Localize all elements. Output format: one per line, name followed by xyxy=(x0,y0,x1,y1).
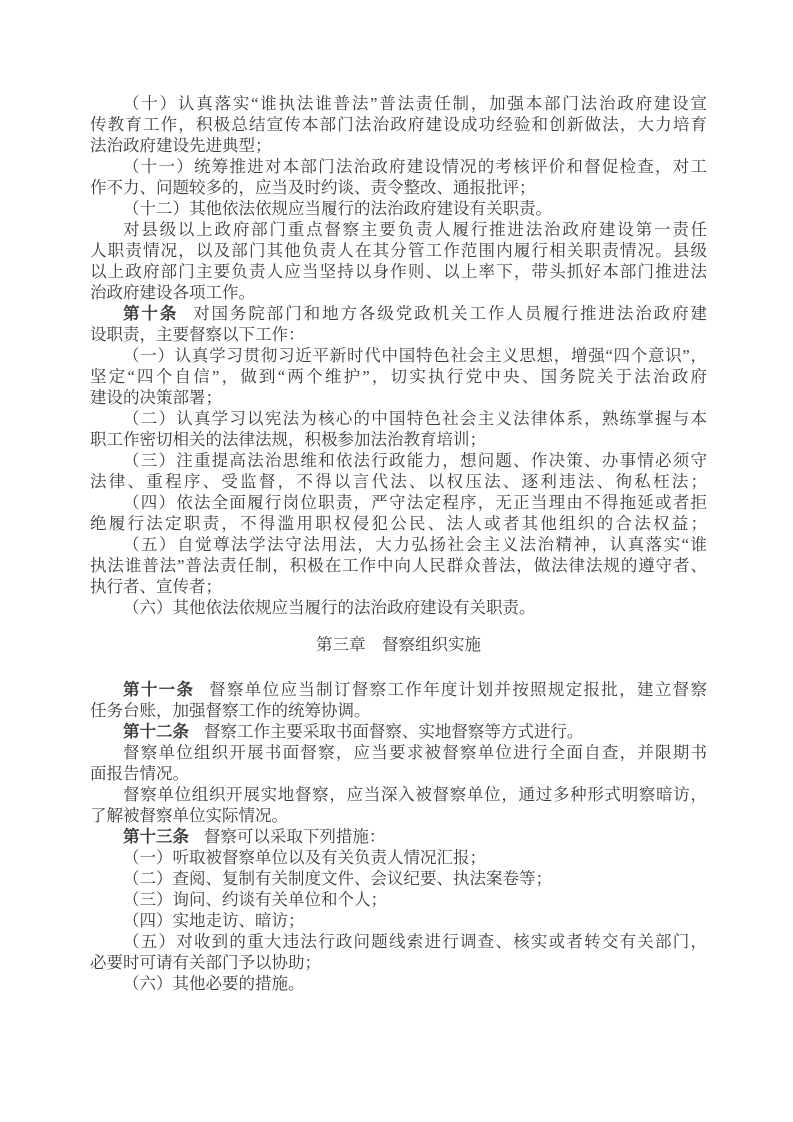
document-page: （十）认真落实“谁执法谁普法”普法责任制，加强本部门法治政府建设宣 传教育工作，… xyxy=(0,0,793,1122)
article-line: 第十条对国务院部门和地方各级党政机关工作人员履行推进法治政府建 xyxy=(90,303,707,324)
article-number: 第十一条 xyxy=(123,680,194,699)
text-line: 面报告情况。 xyxy=(90,763,707,784)
text-line: 法治政府建设先进典型； xyxy=(90,135,707,156)
article-text: 督察单位应当制订督察工作年度计划并按照规定报批，建立督察 xyxy=(209,680,707,699)
article-line: 第十二条督察工作主要采取书面督察、实地督察等方式进行。 xyxy=(90,721,707,742)
text-line: （三）询问、约谈有关单位和个人； xyxy=(90,889,707,910)
text-line: （六）其他依法依规应当履行的法治政府建设有关职责。 xyxy=(90,597,707,618)
text-line: 督察单位组织开展书面督察，应当要求被督察单位进行全面自查，并限期书 xyxy=(90,742,707,763)
article-line: 第十三条督察可以采取下列措施： xyxy=(90,826,707,847)
text-line: 督察单位组织开展实地督察，应当深入被督察单位，通过多种形式明察暗访， xyxy=(90,784,707,805)
text-line: 坚定“四个自信”，做到“两个维护”，切实执行党中央、国务院关于法治政府 xyxy=(90,366,707,387)
text-line: （五）自觉尊法学法守法用法，大力弘扬社会主义法治精神，认真落实“谁 xyxy=(90,534,707,555)
text-line: （二）查阅、复制有关制度文件、会议纪要、执法案卷等； xyxy=(90,868,707,889)
text-line: （十一）统筹推进对本部门法治政府建设情况的考核评价和督促检查，对工 xyxy=(90,156,707,177)
text-line: 以上政府部门主要负责人应当坚持以身作则、以上率下，带头抓好本部门推进法 xyxy=(90,261,707,282)
text-line: （四）实地走访、暗访； xyxy=(90,910,707,931)
text-line: （十二）其他依法依规应当履行的法治政府建设有关职责。 xyxy=(90,198,707,219)
text-line: 传教育工作，积极总结宣传本部门法治政府建设成功经验和创新做法，大力培育 xyxy=(90,114,707,135)
text-line: （一）认真学习贯彻习近平新时代中国特色社会主义思想，增强“四个意识”， xyxy=(90,345,707,366)
text-line: 法律、重程序、受监督，不得以言代法、以权压法、逐利违法、徇私枉法； xyxy=(90,471,707,492)
text-line: （四）依法全面履行岗位职责，严守法定程序，无正当理由不得拖延或者拒 xyxy=(90,492,707,513)
text-line: （五）对收到的重大违法行政问题线索进行调查、核实或者转交有关部门， xyxy=(90,931,707,952)
text-line: 人职责情况，以及部门其他负责人在其分管工作范围内履行相关职责情况。县级 xyxy=(90,240,707,261)
article-number: 第十三条 xyxy=(123,827,189,846)
article-text: 督察可以采取下列措施： xyxy=(204,827,386,846)
text-line: （三）注重提高法治思维和依法行政能力，想问题、作决策、办事情必须守 xyxy=(90,450,707,471)
article-text: 督察工作主要采取书面督察、实地督察等方式进行。 xyxy=(204,722,584,741)
text-line: 执法谁普法”普法责任制，积极在工作中向人民群众普法，做法律法规的遵守者、 xyxy=(90,555,707,576)
article-number: 第十条 xyxy=(123,304,178,323)
text-line: 任务台账，加强督察工作的统筹协调。 xyxy=(90,700,707,721)
article-text: 对国务院部门和地方各级党政机关工作人员履行推进法治政府建 xyxy=(193,304,707,323)
chapter-heading: 第三章 督察组织实施 xyxy=(90,634,707,655)
text-line: 职工作密切相关的法律法规，积极参加法治教育培训； xyxy=(90,429,707,450)
text-line: 作不力、问题较多的，应当及时约谈、责令整改、通报批评； xyxy=(90,177,707,198)
text-line: （一）听取被督察单位以及有关负责人情况汇报； xyxy=(90,847,707,868)
article-line: 第十一条督察单位应当制订督察工作年度计划并按照规定报批，建立督察 xyxy=(90,679,707,700)
text-line: 设职责，主要督察以下工作： xyxy=(90,324,707,345)
text-line: （六）其他必要的措施。 xyxy=(90,973,707,994)
article-number: 第十二条 xyxy=(123,722,189,741)
text-column: （十）认真落实“谁执法谁普法”普法责任制，加强本部门法治政府建设宣 传教育工作，… xyxy=(90,93,707,994)
text-line: 建设的决策部署； xyxy=(90,387,707,408)
text-line: 了解被督察单位实际情况。 xyxy=(90,805,707,826)
text-line: （十）认真落实“谁执法谁普法”普法责任制，加强本部门法治政府建设宣 xyxy=(90,93,707,114)
text-line: 绝履行法定职责，不得滥用职权侵犯公民、法人或者其他组织的合法权益； xyxy=(90,513,707,534)
text-line: 治政府建设各项工作。 xyxy=(90,282,707,303)
text-line: 执行者、宣传者； xyxy=(90,576,707,597)
text-line: （二）认真学习以宪法为核心的中国特色社会主义法律体系，熟练掌握与本 xyxy=(90,408,707,429)
text-line: 对县级以上政府部门重点督察主要负责人履行推进法治政府建设第一责任 xyxy=(90,219,707,240)
text-line: 必要时可请有关部门予以协助； xyxy=(90,952,707,973)
